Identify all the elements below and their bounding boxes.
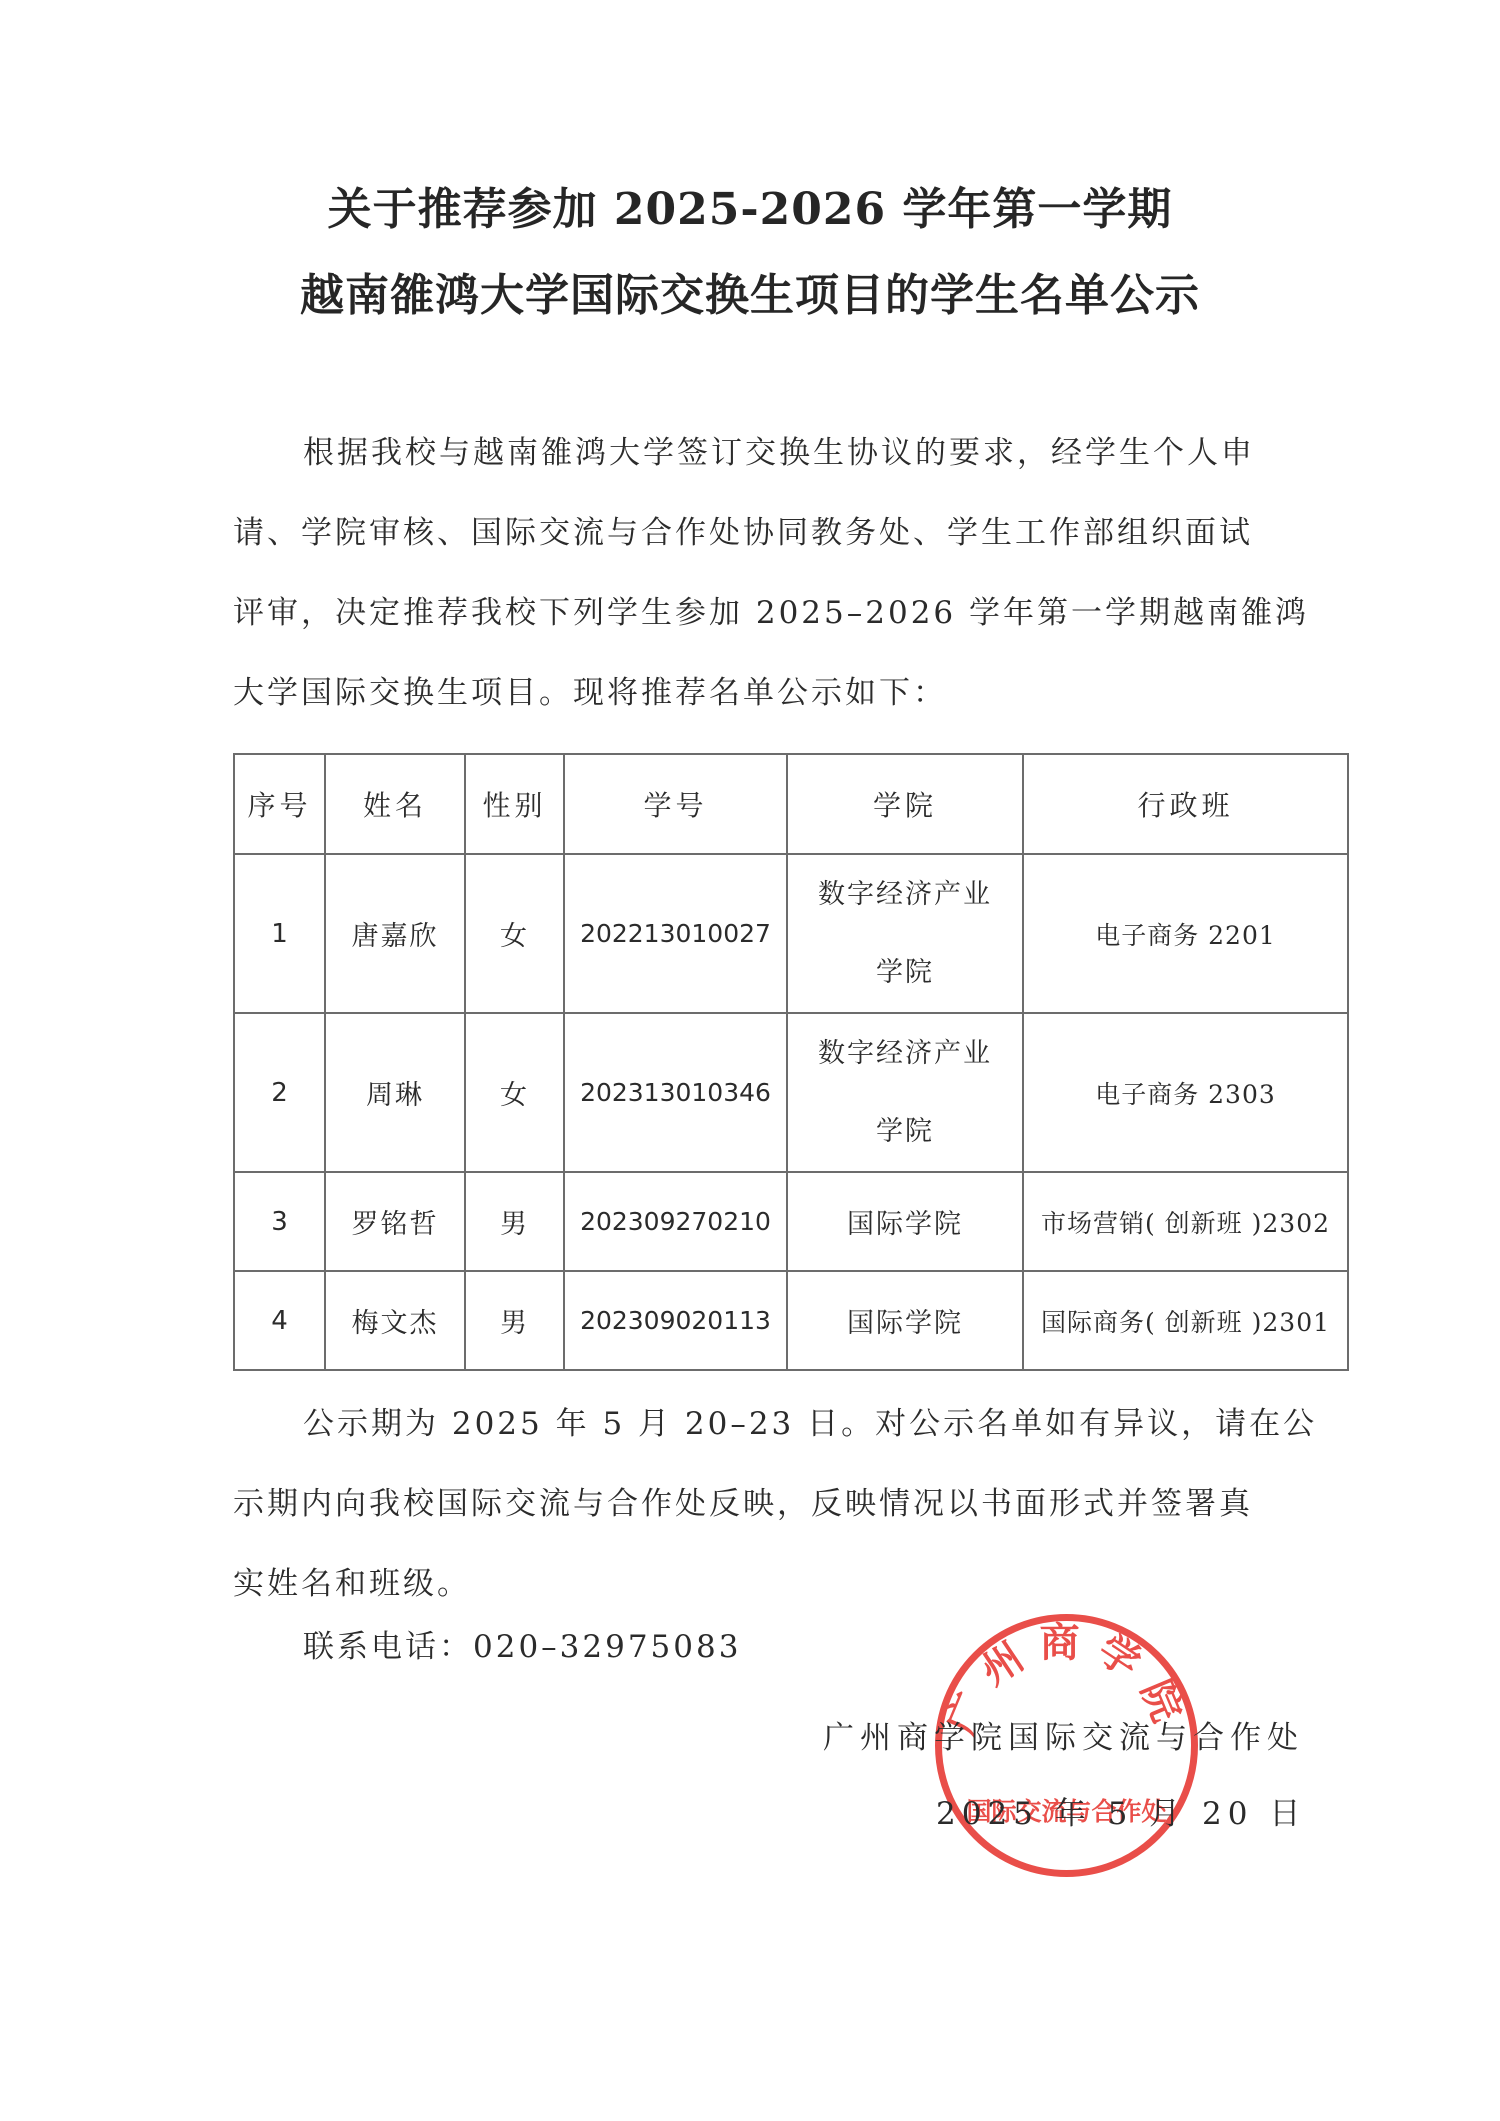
cell-student-id: 202309270210 — [564, 1172, 787, 1271]
table-row: 4 梅文杰 男 202309020113 国际学院 国际商务( 创新班 )230… — [234, 1271, 1348, 1370]
document-page: 关于推荐参加 2025-2026 学年第一学期 越南雒鸿大学国际交换生项目的学生… — [0, 0, 1500, 2121]
cell-class: 电子商务 2303 — [1023, 1013, 1348, 1172]
table-header-row: 序号 姓名 性别 学号 学院 行政班 — [234, 754, 1348, 854]
contact-label: 联系电话： — [303, 1629, 473, 1665]
contact-phone: 联系电话：020–32975083 — [303, 1622, 741, 1672]
header-student-id: 学号 — [564, 754, 787, 854]
college-line-1: 数字经济产业 — [792, 856, 1018, 934]
cell-no: 3 — [234, 1172, 325, 1271]
cell-gender: 男 — [465, 1172, 564, 1271]
intro-line-1: 根据我校与越南雒鸿大学签订交换生协议的要求，经学生个人申 — [233, 413, 1279, 493]
table-row: 2 周琳 女 202313010346 数字经济产业 学院 电子商务 2303 — [234, 1013, 1348, 1172]
cell-class: 市场营销( 创新班 )2302 — [1023, 1172, 1348, 1271]
cell-no: 1 — [234, 854, 325, 1013]
cell-student-id: 202309020113 — [564, 1271, 787, 1370]
intro-paragraph: 根据我校与越南雒鸿大学签订交换生协议的要求，经学生个人申 请、学院审核、国际交流… — [233, 413, 1279, 733]
college-line-1: 数字经济产业 — [792, 1015, 1018, 1093]
cell-gender: 男 — [465, 1271, 564, 1370]
cell-name: 周琳 — [325, 1013, 465, 1172]
cell-college: 国际学院 — [787, 1172, 1023, 1271]
cell-college: 国际学院 — [787, 1271, 1023, 1370]
cell-student-id: 202313010346 — [564, 1013, 787, 1172]
college-line-2: 学院 — [792, 934, 1018, 1012]
cell-gender: 女 — [465, 1013, 564, 1172]
header-name: 姓名 — [325, 754, 465, 854]
header-no: 序号 — [234, 754, 325, 854]
signature-organization: 广州商学院国际交流与合作处 — [823, 1713, 1304, 1763]
cell-no: 4 — [234, 1271, 325, 1370]
intro-line-4: 大学国际交换生项目。现将推荐名单公示如下： — [233, 653, 1279, 733]
cell-student-id: 202213010027 — [564, 854, 787, 1013]
cell-gender: 女 — [465, 854, 564, 1013]
cell-college: 数字经济产业 学院 — [787, 1013, 1023, 1172]
table-row: 3 罗铭哲 男 202309270210 国际学院 市场营销( 创新班 )230… — [234, 1172, 1348, 1271]
header-gender: 性别 — [465, 754, 564, 854]
notice-line-2: 示期内向我校国际交流与合作处反映，反映情况以书面形式并签署真 — [233, 1464, 1279, 1544]
document-title-line-2: 越南雒鸿大学国际交换生项目的学生名单公示 — [0, 268, 1500, 324]
header-college: 学院 — [787, 754, 1023, 854]
cell-name: 唐嘉欣 — [325, 854, 465, 1013]
cell-name: 梅文杰 — [325, 1271, 465, 1370]
cell-no: 2 — [234, 1013, 325, 1172]
college-line-2: 学院 — [792, 1093, 1018, 1171]
document-title-line-1: 关于推荐参加 2025-2026 学年第一学期 — [0, 182, 1500, 238]
student-roster-table: 序号 姓名 性别 学号 学院 行政班 1 唐嘉欣 女 202213010027 … — [233, 753, 1349, 1371]
cell-class: 电子商务 2201 — [1023, 854, 1348, 1013]
cell-name: 罗铭哲 — [325, 1172, 465, 1271]
cell-class: 国际商务( 创新班 )2301 — [1023, 1271, 1348, 1370]
notice-line-1: 公示期为 2025 年 5 月 20–23 日。对公示名单如有异议，请在公 — [233, 1384, 1279, 1464]
cell-college: 数字经济产业 学院 — [787, 854, 1023, 1013]
header-class: 行政班 — [1023, 754, 1348, 854]
signature-date: 2025 年 5 月 20 日 — [936, 1789, 1306, 1839]
table-row: 1 唐嘉欣 女 202213010027 数字经济产业 学院 电子商务 2201 — [234, 854, 1348, 1013]
intro-line-2: 请、学院审核、国际交流与合作处协同教务处、学生工作部组织面试 — [233, 493, 1279, 573]
contact-phone-number: 020–32975083 — [473, 1629, 741, 1665]
notice-paragraph: 公示期为 2025 年 5 月 20–23 日。对公示名单如有异议，请在公 示期… — [233, 1384, 1279, 1624]
intro-line-3: 评审，决定推荐我校下列学生参加 2025–2026 学年第一学期越南雒鸿 — [233, 573, 1279, 653]
